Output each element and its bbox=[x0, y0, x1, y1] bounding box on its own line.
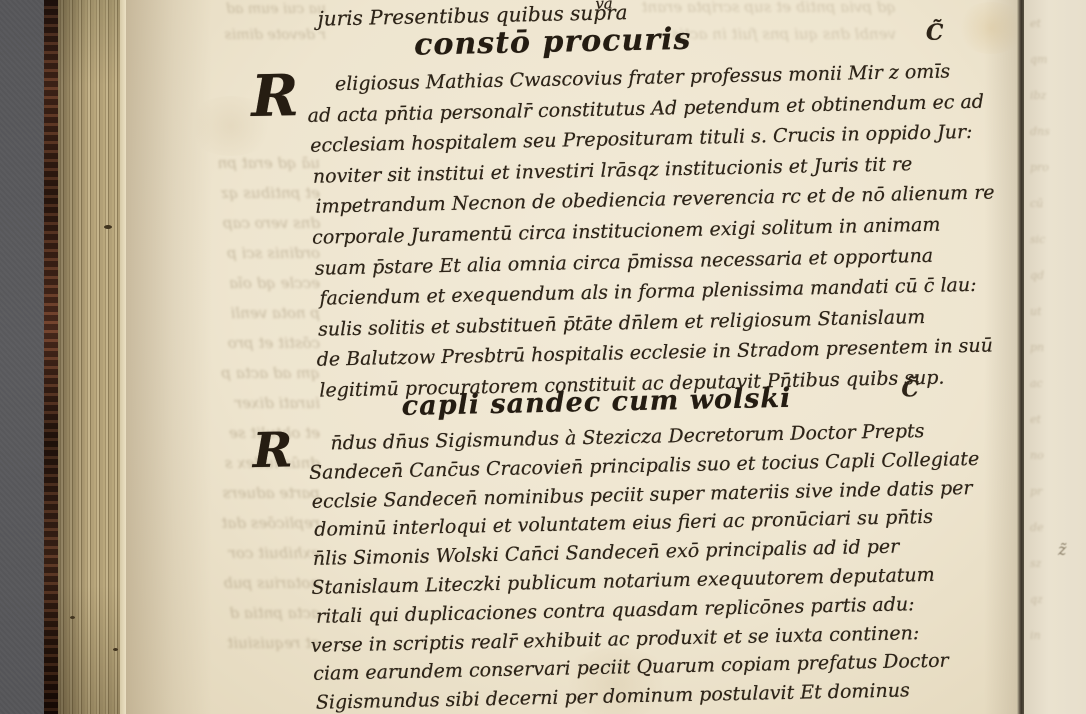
next-page-sliver: et qm ibz dns pro cū sic qd ut pn ac et … bbox=[1024, 0, 1086, 714]
section-1-initial-R: R bbox=[251, 62, 300, 130]
fore-edge-speck bbox=[104, 225, 112, 229]
next-page-ink-mark: z̃ bbox=[1058, 540, 1066, 559]
page-edge-highlight bbox=[120, 0, 126, 714]
section-1-heading: constō procuris bbox=[414, 22, 692, 63]
section-1-marginal-mark: C̃ bbox=[926, 20, 944, 46]
manuscript-page: ua cui eum ad r devote dimis qd pvia pnt… bbox=[126, 0, 1018, 714]
page-divider-edge bbox=[1017, 0, 1024, 714]
section-2-initial-R: R bbox=[252, 422, 293, 479]
book-fore-edge-pages bbox=[58, 0, 125, 714]
section-2-marginal-mark: C̃ bbox=[901, 376, 919, 402]
section-2-paragraph: R n̄dus dn̄us Sigismundus à Stezicza Dec… bbox=[282, 416, 984, 714]
fore-edge-speck bbox=[70, 616, 75, 619]
section-1-paragraph: R eligiosus Mathias Cwascovius frater pr… bbox=[287, 56, 999, 407]
book-binding-edge bbox=[44, 0, 58, 714]
handwritten-text-layer: va g juris Presentibus quibus supra cons… bbox=[126, 0, 1018, 714]
manuscript-scan: ua cui eum ad r devote dimis qd pvia pnt… bbox=[0, 0, 1086, 714]
fore-edge-speck bbox=[113, 648, 118, 651]
